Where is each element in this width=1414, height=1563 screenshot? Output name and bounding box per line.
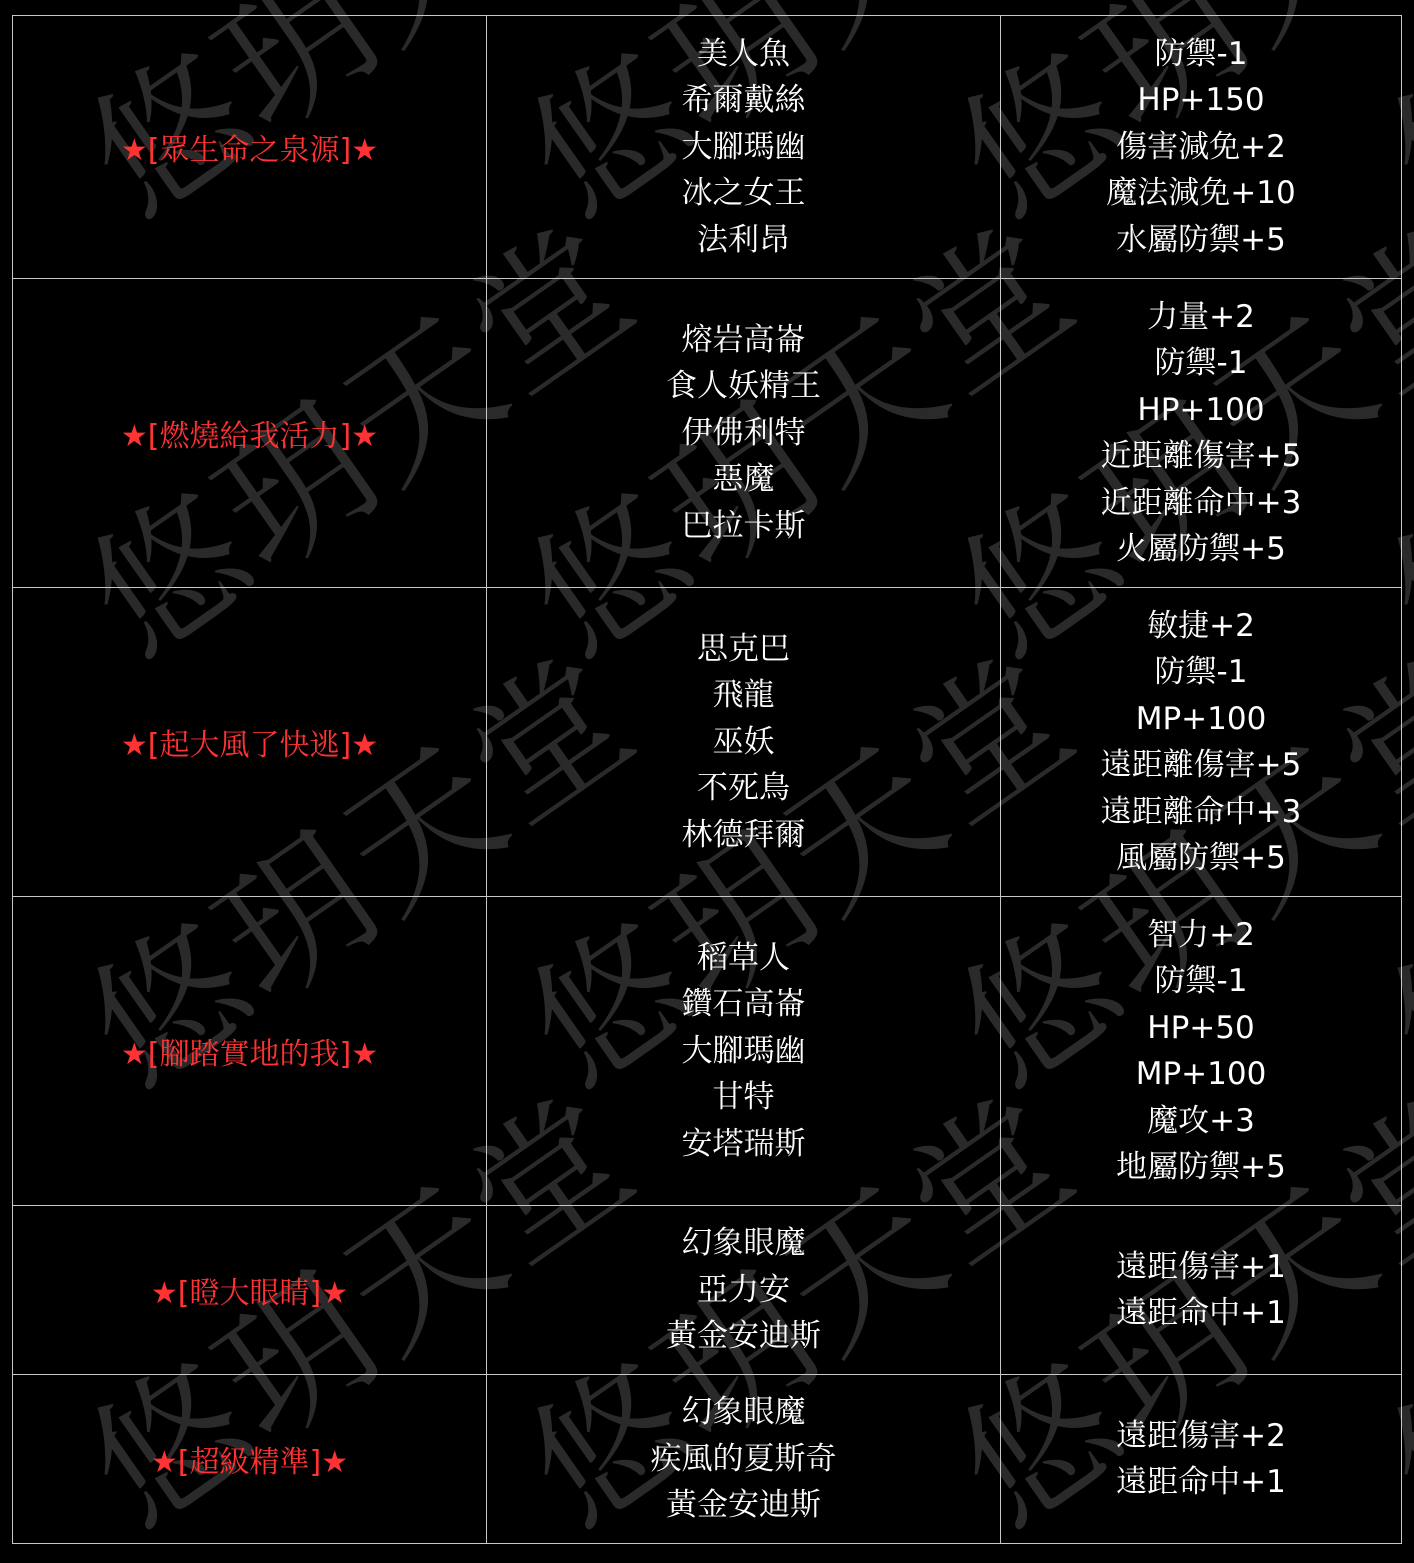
monster-name: 希爾戴絲: [682, 77, 806, 124]
monster-name: 疾風的夏斯奇: [651, 1436, 837, 1483]
monster-name: 不死鳥: [697, 765, 790, 812]
table-row: ★[燃燒給我活力]★ 熔岩高崙 食人妖精王 伊佛利特 惡魔 巴拉卡斯 力量+2 …: [13, 279, 1402, 588]
set-name-cell: ★[起大風了快逃]★: [13, 588, 487, 897]
monster-name: 黃金安迪斯: [666, 1482, 821, 1529]
bonus-stat: 近距離命中+3: [1101, 480, 1302, 527]
bonus-stat: HP+100: [1137, 387, 1264, 434]
monster-name: 甘特: [713, 1074, 775, 1121]
monster-name: 幻象眼魔: [682, 1220, 806, 1267]
set-name-cell: ★[燃燒給我活力]★: [13, 279, 487, 588]
table-row: ★[腳踏實地的我]★ 稻草人 鑽石高崙 大腳瑪幽 甘特 安塔瑞斯 智力+2 防禦…: [13, 897, 1402, 1206]
set-name-cell: ★[眾生命之泉源]★: [13, 16, 487, 279]
monster-name: 林德拜爾: [682, 812, 806, 859]
monster-name: 飛龍: [713, 672, 775, 719]
bonus-list-cell: 遠距傷害+2 遠距命中+1: [1001, 1375, 1402, 1544]
monster-list-cell: 幻象眼魔 亞力安 黃金安迪斯: [487, 1206, 1001, 1375]
bonus-stat: HP+150: [1137, 77, 1264, 124]
set-name: ★[腳踏實地的我]★: [121, 1037, 378, 1072]
bonus-stat: 魔法減免+10: [1106, 170, 1295, 217]
bonus-stat: 防禦-1: [1155, 958, 1248, 1005]
monster-name: 巫妖: [713, 719, 775, 766]
bonus-stat: 火屬防禦+5: [1116, 526, 1286, 573]
monster-name: 大腳瑪幽: [682, 1028, 806, 1075]
bonus-stat: HP+50: [1147, 1005, 1254, 1052]
set-name: ★[起大風了快逃]★: [121, 728, 378, 763]
bonus-stat: 魔攻+3: [1147, 1098, 1255, 1145]
monster-name: 幻象眼魔: [682, 1389, 806, 1436]
bonus-stat: 防禦-1: [1155, 31, 1248, 78]
monster-name: 黃金安迪斯: [666, 1313, 821, 1360]
bonus-stat: 傷害減免+2: [1116, 124, 1286, 171]
set-name-cell: ★[瞪大眼睛]★: [13, 1206, 487, 1375]
bonus-list-cell: 遠距傷害+1 遠距命中+1: [1001, 1206, 1402, 1375]
bonus-stat: 遠距命中+1: [1116, 1290, 1286, 1337]
bonus-stat: 風屬防禦+5: [1116, 835, 1286, 882]
bonus-stat: 敏捷+2: [1147, 603, 1255, 650]
page: 悠玥天堂 悠玥天堂 悠玥天堂 悠玥天堂 悠玥天堂 悠玥天堂 悠玥天堂 悠玥天堂 …: [0, 0, 1414, 1563]
monster-name: 美人魚: [697, 31, 790, 78]
bonus-stat: 遠距傷害+1: [1116, 1244, 1286, 1291]
monster-name: 伊佛利特: [682, 410, 806, 457]
set-name: ★[超級精準]★: [151, 1445, 348, 1480]
monster-name: 食人妖精王: [666, 363, 821, 410]
monster-name: 亞力安: [697, 1267, 790, 1314]
monster-name: 安塔瑞斯: [682, 1121, 806, 1168]
bonus-stat: 遠距傷害+2: [1116, 1413, 1286, 1460]
set-name-cell: ★[腳踏實地的我]★: [13, 897, 487, 1206]
bonus-stat: 近距離傷害+5: [1101, 433, 1302, 480]
monster-name: 熔岩高崙: [682, 317, 806, 364]
monster-name: 法利昂: [697, 217, 790, 264]
monster-name: 惡魔: [713, 456, 775, 503]
bonus-stat: MP+100: [1136, 696, 1267, 743]
set-name: ★[瞪大眼睛]★: [151, 1276, 348, 1311]
bonus-list-cell: 力量+2 防禦-1 HP+100 近距離傷害+5 近距離命中+3 火屬防禦+5: [1001, 279, 1402, 588]
monster-list-cell: 稻草人 鑽石高崙 大腳瑪幽 甘特 安塔瑞斯: [487, 897, 1001, 1206]
bonus-stat: 智力+2: [1147, 912, 1255, 959]
bonus-list-cell: 智力+2 防禦-1 HP+50 MP+100 魔攻+3 地屬防禦+5: [1001, 897, 1402, 1206]
bonus-stat: MP+100: [1136, 1051, 1267, 1098]
monster-name: 思克巴: [697, 626, 790, 673]
bonus-stat: 防禦-1: [1155, 340, 1248, 387]
monster-list-cell: 熔岩高崙 食人妖精王 伊佛利特 惡魔 巴拉卡斯: [487, 279, 1001, 588]
set-name: ★[眾生命之泉源]★: [121, 133, 378, 168]
bonus-stat: 地屬防禦+5: [1116, 1144, 1286, 1191]
bonus-list-cell: 敏捷+2 防禦-1 MP+100 遠距離傷害+5 遠距離命中+3 風屬防禦+5: [1001, 588, 1402, 897]
table-row: ★[瞪大眼睛]★ 幻象眼魔 亞力安 黃金安迪斯 遠距傷害+1 遠距命中+1: [13, 1206, 1402, 1375]
table-row: ★[超級精準]★ 幻象眼魔 疾風的夏斯奇 黃金安迪斯 遠距傷害+2 遠距命中+1: [13, 1375, 1402, 1544]
bonus-list-cell: 防禦-1 HP+150 傷害減免+2 魔法減免+10 水屬防禦+5: [1001, 16, 1402, 279]
monster-name: 巴拉卡斯: [682, 503, 806, 550]
bonus-stat: 遠距離命中+3: [1101, 789, 1302, 836]
bonus-stat: 水屬防禦+5: [1116, 217, 1286, 264]
set-name-cell: ★[超級精準]★: [13, 1375, 487, 1544]
bonus-stat: 防禦-1: [1155, 649, 1248, 696]
monster-name: 大腳瑪幽: [682, 124, 806, 171]
table-row: ★[起大風了快逃]★ 思克巴 飛龍 巫妖 不死鳥 林德拜爾 敏捷+2 防禦-1: [13, 588, 1402, 897]
monster-list-cell: 美人魚 希爾戴絲 大腳瑪幽 冰之女王 法利昂: [487, 16, 1001, 279]
bonus-stat: 遠距命中+1: [1116, 1459, 1286, 1506]
bonus-stat: 遠距離傷害+5: [1101, 742, 1302, 789]
set-name: ★[燃燒給我活力]★: [121, 419, 378, 454]
monster-list-cell: 思克巴 飛龍 巫妖 不死鳥 林德拜爾: [487, 588, 1001, 897]
monster-name: 冰之女王: [682, 170, 806, 217]
set-bonus-table: ★[眾生命之泉源]★ 美人魚 希爾戴絲 大腳瑪幽 冰之女王 法利昂 防禦-1 H…: [12, 15, 1402, 1544]
monster-name: 稻草人: [697, 935, 790, 982]
monster-list-cell: 幻象眼魔 疾風的夏斯奇 黃金安迪斯: [487, 1375, 1001, 1544]
monster-name: 鑽石高崙: [682, 981, 806, 1028]
bonus-stat: 力量+2: [1147, 294, 1255, 341]
table-row: ★[眾生命之泉源]★ 美人魚 希爾戴絲 大腳瑪幽 冰之女王 法利昂 防禦-1 H…: [13, 16, 1402, 279]
